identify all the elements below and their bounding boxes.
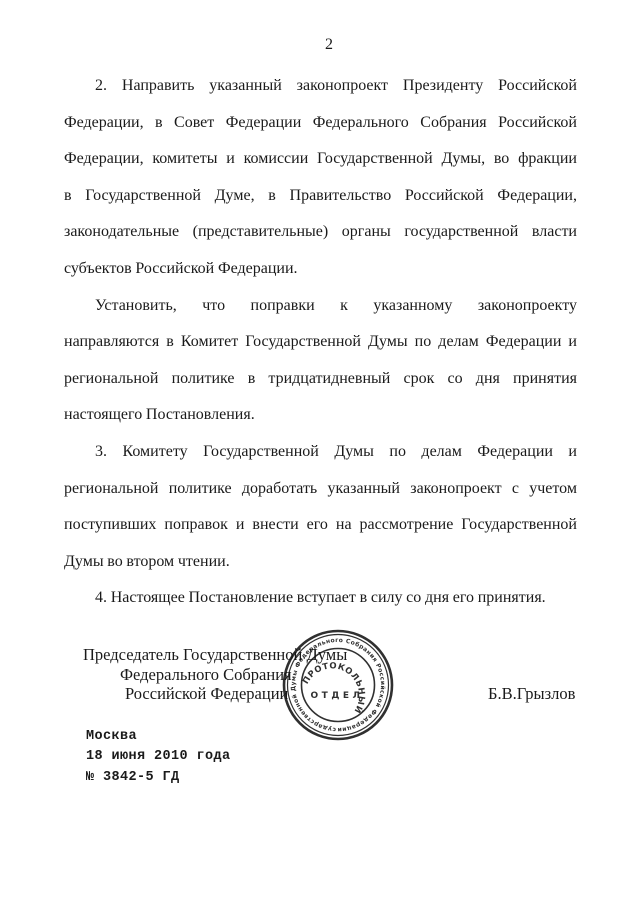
- page-number: 2: [0, 36, 640, 54]
- text-line: региональной политике доработать указанн…: [64, 471, 577, 508]
- text-line: 2. Направить указанный законопроект През…: [64, 68, 577, 105]
- text-line: настоящего Постановления.: [64, 397, 577, 434]
- text-line: Федерации, комитеты и комиссии Государст…: [64, 141, 577, 178]
- text-line: направляются в Комитет Государственной Д…: [64, 324, 577, 361]
- text-line: 3. Комитету Государственной Думы по дела…: [64, 434, 577, 471]
- paragraph-2: 2. Направить указанный законопроект През…: [64, 68, 577, 288]
- footer-date: 18 июня 2010 года: [86, 747, 231, 767]
- paragraph-amendments: Установить, что поправки к указанному за…: [64, 288, 577, 434]
- text-line: Думы во втором чтении.: [64, 544, 577, 581]
- footer-block: Москва 18 июня 2010 года № 3842-5 ГД: [86, 727, 231, 788]
- footer-document-number: № 3842-5 ГД: [86, 768, 231, 788]
- document-page: 2 2. Направить указанный законопроект Пр…: [0, 0, 640, 905]
- svg-text:Государственной Думы Федеральн: Государственной Думы Федерального Собран…: [290, 637, 386, 733]
- document-body: 2. Направить указанный законопроект През…: [64, 68, 577, 617]
- protocol-department-stamp-icon: Государственной Думы Федерального Собран…: [263, 610, 413, 760]
- stamp-ring-text: Государственной Думы Федерального Собран…: [290, 637, 386, 733]
- stamp-center-text: ОТДЕЛ: [311, 691, 364, 701]
- footer-city: Москва: [86, 727, 231, 747]
- text-line: Федерации, в Совет Федерации Федеральног…: [64, 105, 577, 142]
- text-line: законодательные (представительные) орган…: [64, 214, 577, 251]
- signer-name: Б.В.Грызлов: [488, 684, 575, 704]
- text-line: региональной политике в тридцатидневный …: [64, 361, 577, 398]
- text-line: в Государственной Думе, в Правительство …: [64, 178, 577, 215]
- text-line: субъектов Российской Федерации.: [64, 251, 577, 288]
- text-line: Установить, что поправки к указанному за…: [64, 288, 577, 325]
- paragraph-3: 3. Комитету Государственной Думы по дела…: [64, 434, 577, 580]
- text-line: поступивших поправок и внести его на рас…: [64, 507, 577, 544]
